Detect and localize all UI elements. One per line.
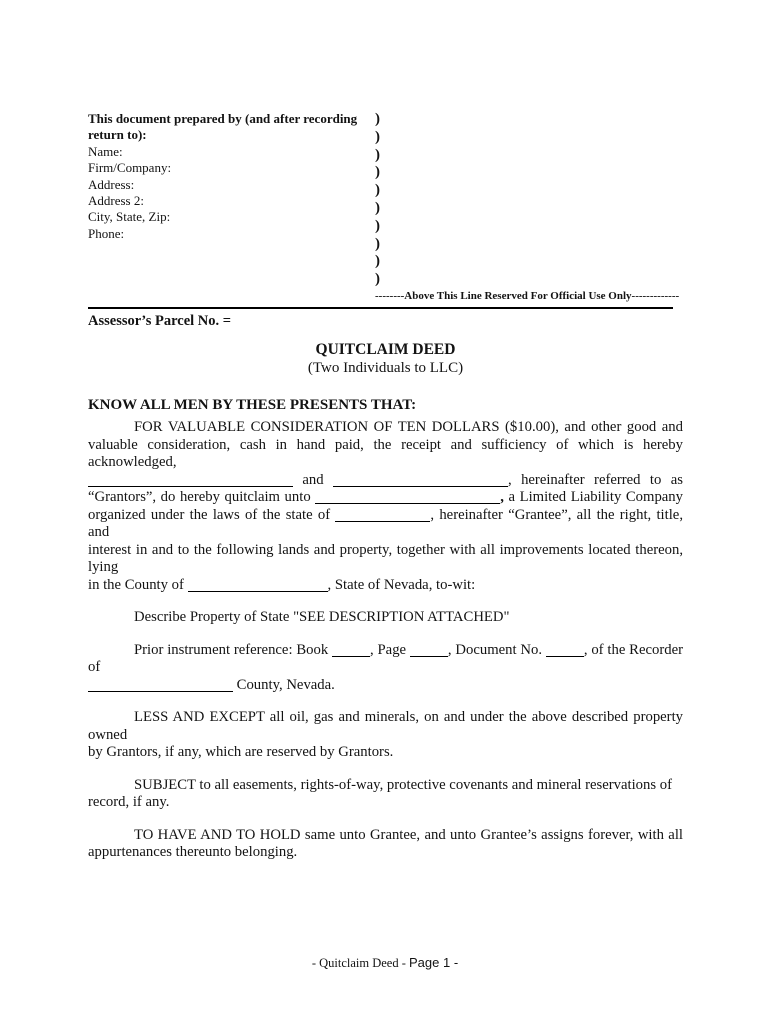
blank-field: [88, 678, 233, 692]
assessor-parcel-label: Assessor’s Parcel No. =: [88, 313, 683, 330]
body-text: Describe Property of State "SEE DESCRIPT…: [134, 609, 510, 625]
presents-heading: KNOW ALL MEN BY THESE PRESENTS THAT:: [88, 396, 683, 414]
body-text: by Grantors, if any, which are reserved …: [88, 744, 393, 760]
deed-paragraph: TO HAVE AND TO HOLD same unto Grantee, a…: [88, 827, 683, 862]
body-line: Describe Property of State "SEE DESCRIPT…: [88, 609, 683, 627]
prepared-by-block: This document prepared by (and after rec…: [88, 111, 375, 303]
header-field-label: Name:: [88, 144, 375, 160]
prepared-by-label-line1: This document prepared by (and after rec…: [88, 111, 375, 127]
body-line: in the County of , State of Nevada, to-w…: [88, 577, 683, 595]
body-text: LESS AND EXCEPT all oil, gas and mineral…: [88, 709, 683, 743]
body-line: interest in and to the following lands a…: [88, 542, 683, 577]
body-line: “Grantors”, do hereby quitclaim unto , a…: [88, 489, 683, 507]
body-text: , State of Nevada, to-wit:: [328, 577, 476, 593]
divider-rule: [88, 307, 673, 309]
body-line: TO HAVE AND TO HOLD same unto Grantee, a…: [88, 827, 683, 845]
blank-field: [188, 578, 328, 592]
document-title: QUITCLAIM DEED: [88, 341, 683, 359]
body-text: a Limited Liability Company: [504, 489, 683, 505]
body-text: and: [293, 472, 333, 488]
header-field-label: Address:: [88, 177, 375, 193]
header-field-list: Name:Firm/Company:Address:Address 2:City…: [88, 144, 375, 242]
deed-paragraph: FOR VALUABLE CONSIDERATION OF TEN DOLLAR…: [88, 419, 683, 594]
body-text: valuable consideration, cash in hand pai…: [88, 437, 683, 471]
recorder-paren: ): [375, 218, 683, 236]
blank-field: [335, 508, 430, 522]
header-field-label: Address 2:: [88, 193, 375, 209]
body-line: appurtenances thereunto belonging.: [88, 844, 683, 862]
body-line: by Grantors, if any, which are reserved …: [88, 744, 683, 762]
reserved-line-notice: --------Above This Line Reserved For Off…: [375, 290, 683, 303]
recorder-paren: ): [375, 182, 683, 200]
page-footer: - Quitclaim Deed - Page 1 -: [0, 954, 770, 972]
footer-page-label: Page 1 -: [409, 955, 458, 970]
body-text: appurtenances thereunto belonging.: [88, 844, 297, 860]
recording-header: This document prepared by (and after rec…: [88, 111, 683, 303]
recorder-paren: ): [375, 147, 683, 165]
blank-field: [332, 643, 370, 657]
body-text: “Grantors”, do hereby quitclaim unto: [88, 489, 315, 505]
deed-body: FOR VALUABLE CONSIDERATION OF TEN DOLLAR…: [88, 419, 683, 862]
body-line: record, if any.: [88, 794, 683, 812]
body-line: LESS AND EXCEPT all oil, gas and mineral…: [88, 709, 683, 744]
body-text: , hereinafter referred to as: [508, 472, 683, 488]
body-line: and , hereinafter referred to as: [88, 472, 683, 490]
blank-field: [315, 490, 500, 504]
deed-paragraph: Describe Property of State "SEE DESCRIPT…: [88, 609, 683, 627]
header-field-label: Phone:: [88, 226, 375, 242]
prepared-by-label-line2: return to):: [88, 127, 375, 143]
body-line: organized under the laws of the state of…: [88, 507, 683, 542]
body-text: Prior instrument reference: Book: [134, 642, 332, 658]
recorder-paren: ): [375, 271, 683, 289]
footer-doc-label: - Quitclaim Deed -: [312, 956, 409, 970]
body-text: , Page: [370, 642, 410, 658]
body-line: Prior instrument reference: Book , Page …: [88, 642, 683, 677]
body-text: , Document No.: [448, 642, 546, 658]
body-text: TO HAVE AND TO HOLD same unto Grantee, a…: [134, 827, 683, 843]
body-line: County, Nevada.: [88, 677, 683, 695]
paren-column: )))))))))): [375, 111, 683, 289]
body-text: in the County of: [88, 577, 188, 593]
blank-field: [333, 473, 508, 487]
body-line: FOR VALUABLE CONSIDERATION OF TEN DOLLAR…: [88, 419, 683, 437]
header-field-label: Firm/Company:: [88, 160, 375, 176]
recorder-paren: ): [375, 253, 683, 271]
deed-paragraph: SUBJECT to all easements, rights-of-way,…: [88, 777, 683, 812]
body-text: FOR VALUABLE CONSIDERATION OF TEN DOLLAR…: [134, 419, 683, 435]
recorder-paren: ): [375, 111, 683, 129]
body-text: interest in and to the following lands a…: [88, 542, 683, 576]
document-subtitle: (Two Individuals to LLC): [88, 360, 683, 378]
body-text: organized under the laws of the state of: [88, 507, 335, 523]
recorder-paren: ): [375, 236, 683, 254]
body-line: SUBJECT to all easements, rights-of-way,…: [88, 777, 683, 795]
header-field-label: City, State, Zip:: [88, 209, 375, 225]
body-line: valuable consideration, cash in hand pai…: [88, 437, 683, 472]
recorder-paren: ): [375, 164, 683, 182]
body-text: SUBJECT to all easements, rights-of-way,…: [134, 777, 672, 793]
blank-field: [410, 643, 448, 657]
recorder-stamp-column: )))))))))) --------Above This Line Reser…: [375, 111, 683, 303]
blank-field: [546, 643, 584, 657]
recorder-paren: ): [375, 200, 683, 218]
deed-paragraph: LESS AND EXCEPT all oil, gas and mineral…: [88, 709, 683, 762]
document-page: This document prepared by (and after rec…: [0, 0, 770, 1024]
deed-paragraph: Prior instrument reference: Book , Page …: [88, 642, 683, 695]
body-text: County, Nevada.: [233, 677, 335, 693]
blank-field: [88, 473, 293, 487]
recorder-paren: ): [375, 129, 683, 147]
body-text: record, if any.: [88, 794, 169, 810]
